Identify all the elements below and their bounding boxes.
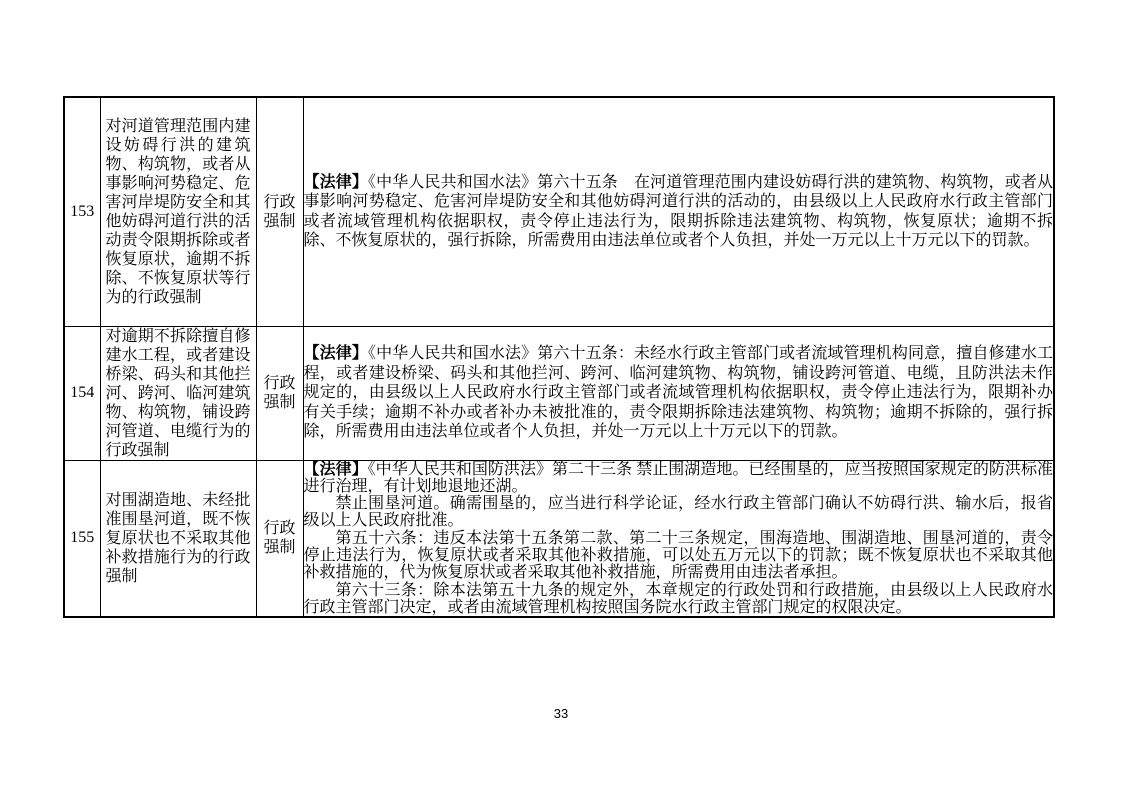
law-label: 【法律】 bbox=[304, 461, 368, 478]
row-number: 153 bbox=[64, 97, 100, 326]
item-description-cell: 对河道管理范围内建设妨碍行洪的建筑物、构筑物，或者从事影响河势稳定、危害河岸堤防… bbox=[100, 97, 256, 326]
enforcement-type: 行政强制 bbox=[263, 519, 297, 557]
legal-paragraph: 第六十三条：除本法第五十九条的规定外，本章规定的行政处罚和行政措施，由县级以上人… bbox=[304, 582, 1054, 617]
legal-text: 《中华人民共和国水法》第六十五条 在河道管理范围内建设妨碍行洪的建筑物、构筑物，… bbox=[304, 174, 1054, 250]
legal-paragraph: 禁止围垦河道。确需围垦的，应当进行科学论证，经水行政主管部门确认不妨碍行洪、输水… bbox=[304, 495, 1054, 530]
legal-text: 《中华人民共和国防洪法》第二十三条 禁止围湖造地。已经围垦的，应当按照国家规定的… bbox=[304, 461, 1054, 495]
law-label: 【法律】 bbox=[304, 345, 368, 362]
enforcement-type-cell: 行政强制 bbox=[256, 97, 303, 326]
legal-basis-cell: 【法律】《中华人民共和国水法》第六十五条：未经水行政主管部门或者流域管理机构同意… bbox=[303, 326, 1054, 460]
legal-text: 《中华人民共和国水法》第六十五条：未经水行政主管部门或者流域管理机构同意，擅自修… bbox=[304, 345, 1054, 440]
legal-paragraph: 【法律】《中华人民共和国水法》第六十五条 在河道管理范围内建设妨碍行洪的建筑物、… bbox=[304, 173, 1054, 251]
legal-paragraph: 【法律】《中华人民共和国水法》第六十五条：未经水行政主管部门或者流域管理机构同意… bbox=[304, 344, 1054, 442]
item-description-cell: 对逾期不拆除擅自修建水工程，或者建设桥梁、码头和其他拦河、跨河、临河建筑物、构筑… bbox=[100, 326, 256, 460]
enforcement-type: 行政强制 bbox=[263, 374, 297, 412]
enforcement-type-cell: 行政强制 bbox=[256, 460, 303, 617]
enforcement-type: 行政强制 bbox=[263, 193, 297, 231]
table-row: 154 对逾期不拆除擅自修建水工程，或者建设桥梁、码头和其他拦河、跨河、临河建筑… bbox=[64, 326, 1054, 460]
item-description: 对围湖造地、未经批准围垦河道，既不恢复原状也不采取其他补救措施行为的行政强制 bbox=[106, 491, 251, 586]
table-row: 153 对河道管理范围内建设妨碍行洪的建筑物、构筑物，或者从事影响河势稳定、危害… bbox=[64, 97, 1054, 326]
page-number: 33 bbox=[0, 706, 1122, 721]
table-row: 155 对围湖造地、未经批准围垦河道，既不恢复原状也不采取其他补救措施行为的行政… bbox=[64, 460, 1054, 617]
row-number: 155 bbox=[64, 460, 100, 617]
enforcement-items-table: 153 对河道管理范围内建设妨碍行洪的建筑物、构筑物，或者从事影响河势稳定、危害… bbox=[63, 96, 1055, 618]
legal-paragraph: 【法律】《中华人民共和国防洪法》第二十三条 禁止围湖造地。已经围垦的，应当按照国… bbox=[304, 461, 1054, 496]
legal-basis-cell: 【法律】《中华人民共和国防洪法》第二十三条 禁止围湖造地。已经围垦的，应当按照国… bbox=[303, 460, 1054, 617]
document-page: 153 对河道管理范围内建设妨碍行洪的建筑物、构筑物，或者从事影响河势稳定、危害… bbox=[0, 0, 1122, 793]
row-number: 154 bbox=[64, 326, 100, 460]
item-description: 对逾期不拆除擅自修建水工程，或者建设桥梁、码头和其他拦河、跨河、临河建筑物、构筑… bbox=[106, 327, 251, 460]
item-description-cell: 对围湖造地、未经批准围垦河道，既不恢复原状也不采取其他补救措施行为的行政强制 bbox=[100, 460, 256, 617]
legal-basis-cell: 【法律】《中华人民共和国水法》第六十五条 在河道管理范围内建设妨碍行洪的建筑物、… bbox=[303, 97, 1054, 326]
enforcement-type-cell: 行政强制 bbox=[256, 326, 303, 460]
item-description: 对河道管理范围内建设妨碍行洪的建筑物、构筑物，或者从事影响河势稳定、危害河岸堤防… bbox=[106, 117, 251, 307]
legal-paragraph: 第五十六条：违反本法第十五条第二款、第二十三条规定，围海造地、围湖造地、围垦河道… bbox=[304, 530, 1054, 582]
law-label: 【法律】 bbox=[304, 174, 368, 191]
